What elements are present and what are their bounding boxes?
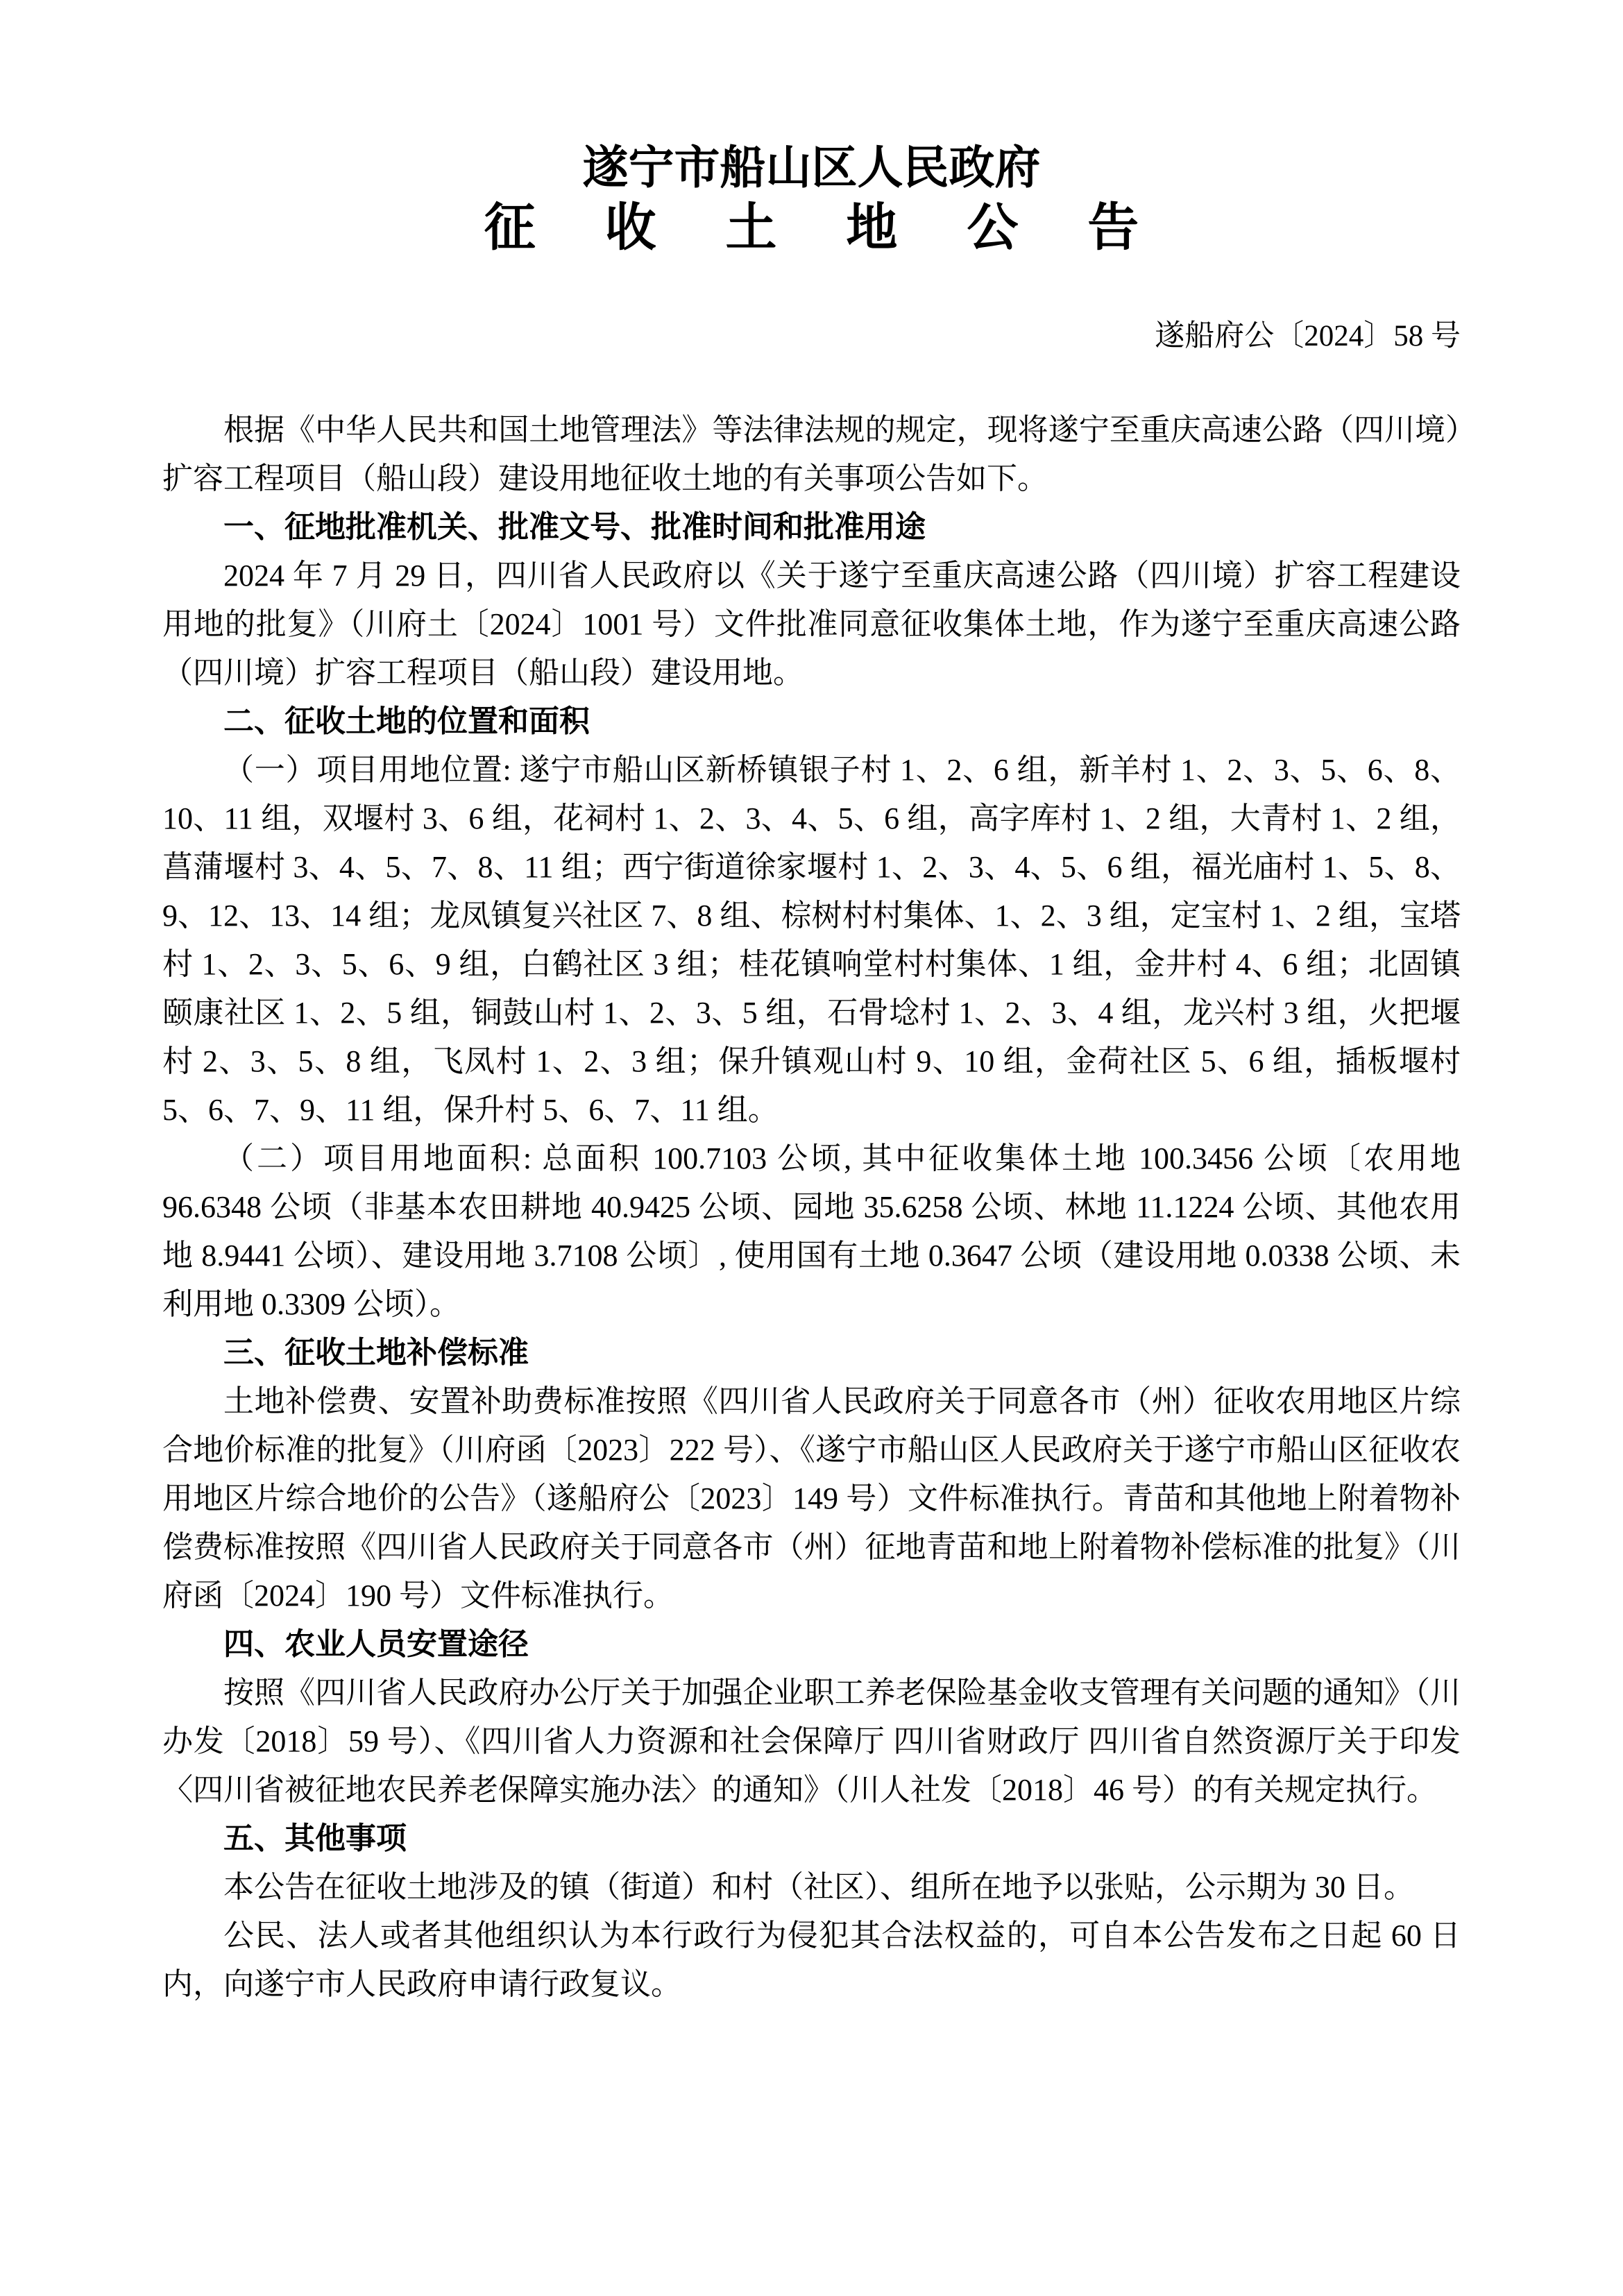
section-5-paragraph-1: 本公告在征收土地涉及的镇（街道）和村（社区）、组所在地予以张贴，公示期为 30 … xyxy=(162,1863,1461,1912)
document-body: 根据《中华人民共和国土地管理法》等法律法规的规定，现将遂宁至重庆高速公路（四川境… xyxy=(162,406,1461,2009)
section-2-paragraph-2: （二）项目用地面积: 总面积 100.7103 公顷, 其中征收集体土地 100… xyxy=(162,1134,1461,1329)
section-2-paragraph-1: （一）项目用地位置: 遂宁市船山区新桥镇银子村 1、2、6 组，新羊村 1、2、… xyxy=(162,746,1461,1134)
section-5-heading: 五、其他事项 xyxy=(162,1814,1461,1863)
doc-number: 遂船府公〔2024〕58 号 xyxy=(162,316,1461,357)
section-4-paragraph-1: 按照《四川省人民政府办公厅关于加强企业职工养老保险基金收支管理有关问题的通知》（… xyxy=(162,1669,1461,1814)
announcement-page: 遂宁市船山区人民政府 征收土地公告 遂船府公〔2024〕58 号 根据《中华人民… xyxy=(0,0,1623,2296)
section-4-heading: 四、农业人员安置途径 xyxy=(162,1620,1461,1669)
section-2-heading: 二、征收土地的位置和面积 xyxy=(162,697,1461,746)
section-1-heading: 一、征地批准机关、批准文号、批准时间和批准用途 xyxy=(162,503,1461,552)
document-subtitle: 征收土地公告 xyxy=(162,203,1461,254)
document-title: 遂宁市船山区人民政府 xyxy=(162,146,1461,192)
section-5-paragraph-2: 公民、法人或者其他组织认为本行政行为侵犯其合法权益的，可自本公告发布之日起 60… xyxy=(162,1912,1461,2009)
intro-paragraph: 根据《中华人民共和国土地管理法》等法律法规的规定，现将遂宁至重庆高速公路（四川境… xyxy=(162,406,1461,503)
section-3-paragraph-1: 土地补偿费、安置补助费标准按照《四川省人民政府关于同意各市（州）征收农用地区片综… xyxy=(162,1377,1461,1620)
section-1-paragraph-1: 2024 年 7 月 29 日，四川省人民政府以《关于遂宁至重庆高速公路（四川境… xyxy=(162,552,1461,697)
section-3-heading: 三、征收土地补偿标准 xyxy=(162,1329,1461,1377)
